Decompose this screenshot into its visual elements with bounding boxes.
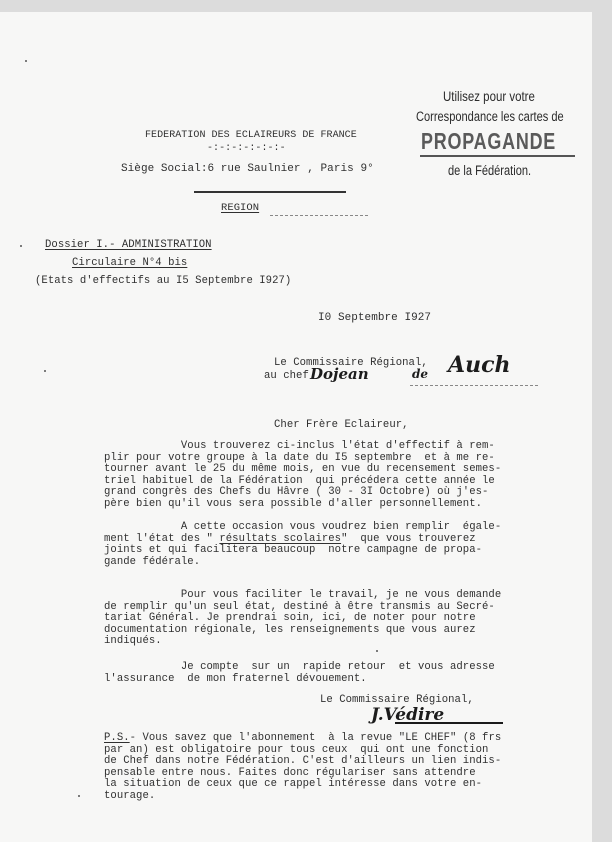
body-line: grand congrès des Chefs du Hâvre ( 30 - … bbox=[104, 487, 488, 498]
body-line: gande fédérale. bbox=[104, 557, 200, 568]
paper-speck bbox=[25, 60, 27, 62]
organization-name: FEDERATION DES ECLAIREURS DE FRANCE bbox=[145, 130, 357, 141]
paper-speck bbox=[44, 370, 46, 372]
letterhead-rule bbox=[194, 191, 346, 193]
paper-speck bbox=[376, 650, 378, 652]
postscript-line: de Chef dans notre Fédération. C'est d'a… bbox=[104, 756, 501, 767]
body-line: ment l'état des " résultats scolaires" q… bbox=[104, 534, 476, 545]
stamp-propagande: PROPAGANDE bbox=[421, 128, 556, 155]
addressee-fill-line bbox=[410, 385, 538, 386]
body-line: plir pour votre groupe à la date du I5 s… bbox=[104, 453, 495, 464]
postscript-line: tourage. bbox=[104, 791, 155, 802]
stamp-line-1: Utilisez pour votre bbox=[443, 88, 535, 104]
body-line: père bien qu'il vous sera possible d'all… bbox=[104, 499, 482, 510]
stamp-underline bbox=[420, 155, 575, 157]
postscript-label: P.S. bbox=[104, 732, 130, 744]
body-line: Vous trouverez ci-inclus l'état d'effect… bbox=[104, 441, 495, 452]
body-line: documentation régionale, les renseigneme… bbox=[104, 625, 476, 636]
handwritten-chief-name: Dojean bbox=[310, 365, 369, 383]
circular-subject: (Etats d'effectifs au I5 Septembre I927) bbox=[35, 276, 291, 287]
emphasis-school-results: résultats scolaires bbox=[219, 533, 341, 545]
circular-number: Circulaire N°4 bis bbox=[72, 258, 187, 269]
body-line: A cette occasion vous voudrez bien rempl… bbox=[104, 522, 501, 533]
postscript-line: pensable entre nous. Faites donc régular… bbox=[104, 768, 476, 779]
body-line: tariat Général. Je prendrai soin, ici, d… bbox=[104, 613, 476, 624]
headquarters-address: Siège Social:6 rue Saulnier , Paris 9° bbox=[121, 164, 374, 175]
region-fill-line bbox=[270, 215, 368, 216]
postscript-text: - Vous savez que l'abonnement à la revue… bbox=[130, 732, 502, 744]
handwritten-de: de bbox=[412, 367, 428, 381]
handwritten-place: Auch bbox=[448, 352, 510, 378]
letter-date: I0 Septembre I927 bbox=[318, 313, 431, 324]
body-line: Je compte sur un rapide retour et vous a… bbox=[104, 662, 495, 673]
postscript-line: par an) est obligatoire pour tous ceux q… bbox=[104, 745, 488, 756]
paper-speck bbox=[78, 795, 80, 797]
letterhead-separator: -:-:-:-:-:-:- bbox=[207, 143, 286, 154]
region-label: REGION bbox=[221, 203, 259, 214]
salutation: Cher Frère Eclaireur, bbox=[274, 420, 409, 431]
body-line: triel habituel de la Fédération qui préc… bbox=[104, 476, 495, 487]
propaganda-stamp: Utilisez pour votre Correspondance les c… bbox=[0, 0, 9, 72]
postscript-line-1: P.S.- Vous savez que l'abonnement à la r… bbox=[104, 733, 501, 744]
body-line: l'assurance de mon fraternel dévouement. bbox=[104, 674, 367, 685]
paper-speck bbox=[20, 245, 22, 247]
signature-flourish bbox=[395, 722, 503, 724]
dossier-reference: Dossier I.- ADMINISTRATION bbox=[45, 240, 212, 251]
body-line: indiqués. bbox=[104, 636, 162, 647]
addressee-prefix: au chef bbox=[264, 371, 309, 382]
postscript-line: la situation de ceux que ce rappel intér… bbox=[104, 779, 482, 790]
body-line: de remplir qu'un seul état, destiné à êt… bbox=[104, 602, 495, 613]
stamp-line-4: de la Fédération. bbox=[448, 163, 531, 178]
body-line: tourner avant le 25 du même mois, en vue… bbox=[104, 464, 501, 475]
body-line: Pour vous faciliter le travail, je ne vo… bbox=[104, 590, 501, 601]
body-line: joints et qui facilitera beaucoup notre … bbox=[104, 545, 482, 556]
stamp-line-2: Correspondance les cartes de bbox=[416, 109, 564, 124]
